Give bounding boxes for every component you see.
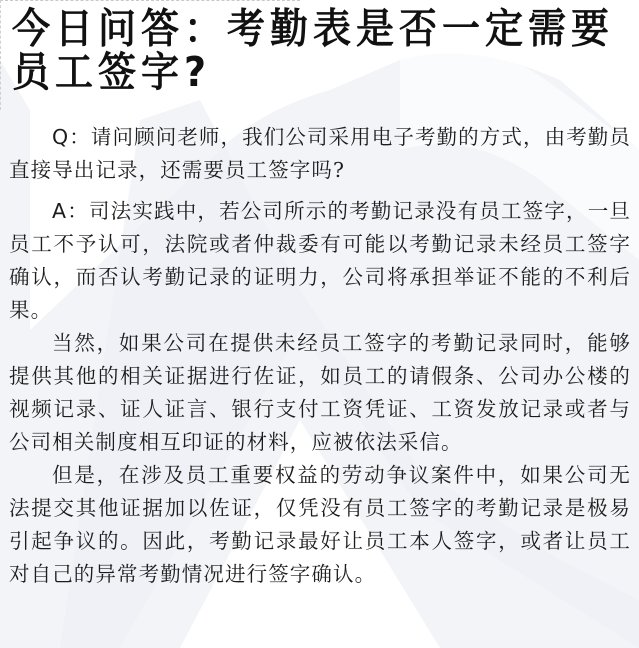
article: 今日问答：考勤表是否一定需要员工签字? Q：请问顾问老师，我们公司采用电子考勤的…	[0, 7, 639, 591]
question-label: Q：	[52, 125, 91, 149]
answer-text-3: 但是，在涉及员工重要权益的劳动争议案件中，如果公司无法提交其他证据加以佐证，仅凭…	[9, 463, 631, 586]
question-paragraph: Q：请问顾问老师，我们公司采用电子考勤的方式，由考勤员直接导出记录，还需要员工签…	[9, 121, 631, 187]
article-body: Q：请问顾问老师，我们公司采用电子考勤的方式，由考勤员直接导出记录，还需要员工签…	[9, 121, 631, 591]
answer-text-2: 当然，如果公司在提供未经员工签字的考勤记录同时，能够提供其他的相关证据进行佐证，…	[9, 331, 631, 454]
page-top-edge	[0, 0, 300, 3]
answer-label: A：	[52, 199, 89, 223]
question-text: 请问顾问老师，我们公司采用电子考勤的方式，由考勤员直接导出记录，还需要员工签字吗…	[9, 125, 631, 182]
answer-paragraph-1: A：司法实践中，若公司所示的考勤记录没有员工签字，一旦员工不予认可，法院或者仲裁…	[9, 195, 631, 327]
answer-paragraph-3: 但是，在涉及员工重要权益的劳动争议案件中，如果公司无法提交其他证据加以佐证，仅凭…	[9, 459, 631, 591]
answer-text-1: 司法实践中，若公司所示的考勤记录没有员工签字，一旦员工不予认可，法院或者仲裁委有…	[9, 199, 631, 322]
answer-paragraph-2: 当然，如果公司在提供未经员工签字的考勤记录同时，能够提供其他的相关证据进行佐证，…	[9, 327, 631, 459]
article-title: 今日问答：考勤表是否一定需要员工签字?	[12, 7, 631, 93]
